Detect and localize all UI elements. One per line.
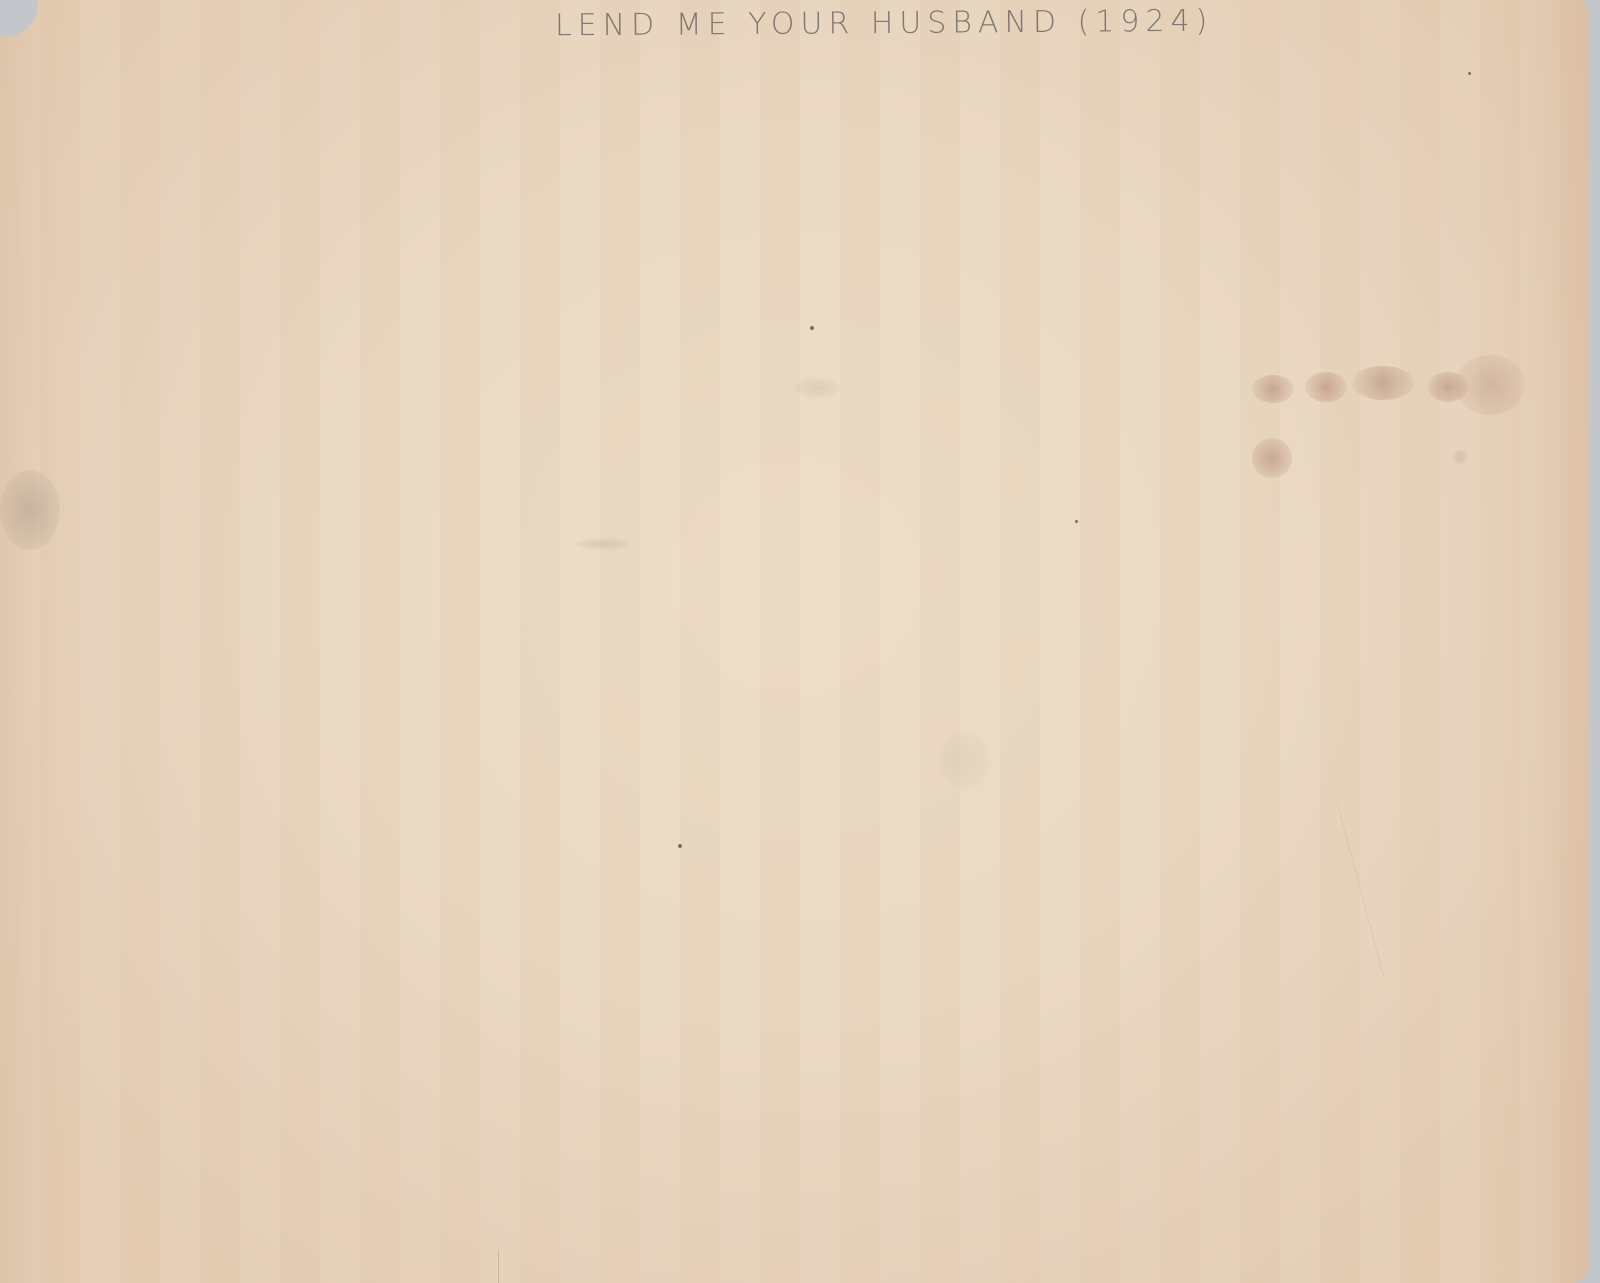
crease	[498, 1250, 499, 1283]
stain-spot	[1305, 372, 1347, 402]
speck	[1468, 72, 1471, 75]
handwritten-title-note: LEND ME YOUR HUSBAND (1924)	[555, 4, 1214, 44]
torn-corner	[0, 0, 38, 36]
speck	[810, 326, 814, 330]
stain-spot	[1455, 355, 1525, 415]
photo-back-paper: LEND ME YOUR HUSBAND (1924)	[0, 0, 1590, 1283]
stain-spot	[1352, 366, 1414, 400]
speck	[1075, 520, 1078, 523]
smudge	[795, 378, 840, 398]
stain-spot	[1452, 450, 1468, 464]
crease	[1337, 803, 1385, 977]
speck	[678, 844, 682, 848]
stain-spot	[1252, 375, 1294, 403]
smudge	[575, 538, 630, 550]
smudge	[940, 730, 990, 790]
smudge	[0, 470, 60, 550]
stain-spot	[1252, 438, 1292, 478]
